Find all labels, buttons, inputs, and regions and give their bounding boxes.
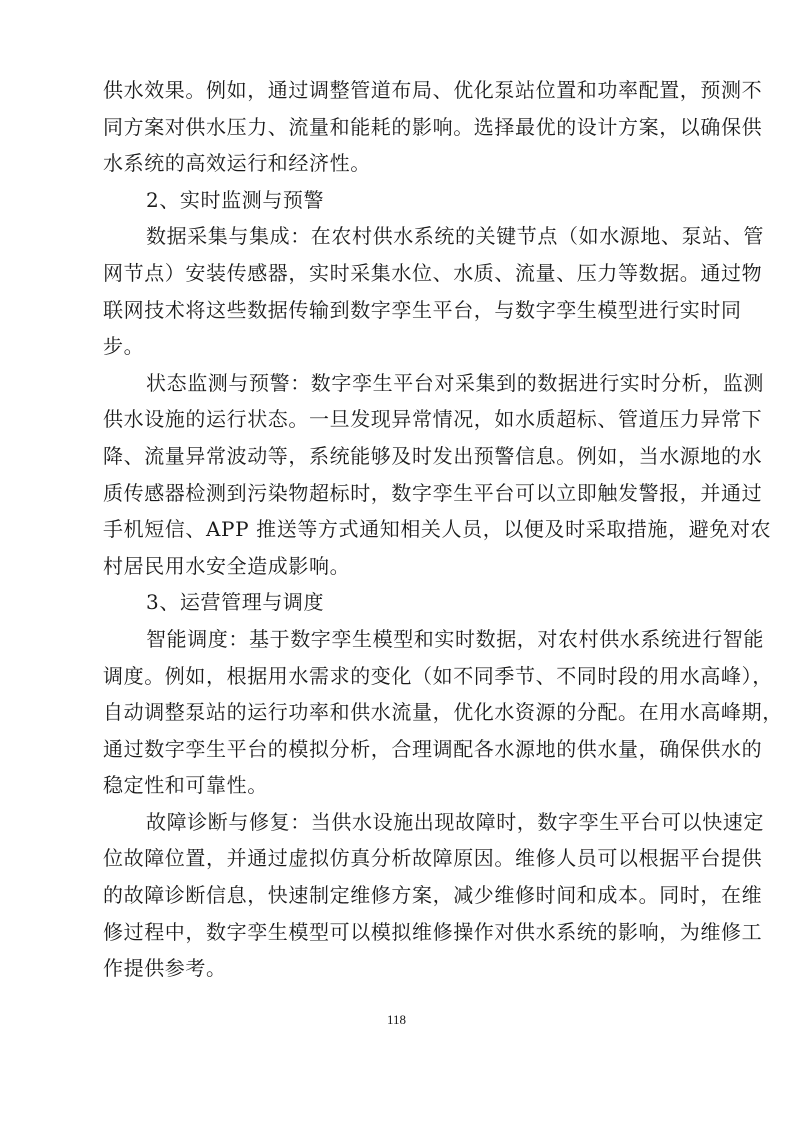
body-line: 稳定性和可靠性。 [103,767,693,804]
body-line: 作提供参考。 [103,950,693,987]
body-line: 供水效果。例如，通过调整管道布局、优化泵站位置和功率配置，预测不 [103,72,693,109]
body-line: 联网技术将这些数据传输到数字孪生平台，与数字孪生模型进行实时同 [103,292,693,329]
body-line: 故障诊断与修复：当供水设施出现故障时，数字孪生平台可以快速定 [103,804,693,841]
body-line: 自动调整泵站的运行功率和供水流量，优化水资源的分配。在用水高峰期， [103,694,693,731]
section-heading-realtime-monitoring: 2、实时监测与预警 [103,182,693,219]
body-line: 村居民用水安全造成影响。 [103,548,693,585]
body-line: 质传感器检测到污染物超标时，数字孪生平台可以立即触发警报，并通过 [103,475,693,512]
body-line: 调度。例如，根据用水需求的变化（如不同季节、不同时段的用水高峰）， [103,658,693,695]
body-line: 智能调度：基于数字孪生模型和实时数据，对农村供水系统进行智能 [103,621,693,658]
body-line: 供水设施的运行状态。一旦发现异常情况，如水质超标、管道压力异常下 [103,401,693,438]
page-number: 118 [0,1012,793,1028]
body-line: 降、流量异常波动等，系统能够及时发出预警信息。例如，当水源地的水 [103,438,693,475]
body-line: 的故障诊断信息，快速制定维修方案，减少维修时间和成本。同时，在维 [103,877,693,914]
body-line: 手机短信、APP 推送等方式通知相关人员，以便及时采取措施，避免对农 [103,511,693,548]
body-line: 水系统的高效运行和经济性。 [103,145,693,182]
document-body: 供水效果。例如，通过调整管道布局、优化泵站位置和功率配置，预测不 同方案对供水压… [103,72,693,987]
body-line: 修过程中，数字孪生模型可以模拟维修操作对供水系统的影响，为维修工 [103,914,693,951]
body-line: 步。 [103,328,693,365]
body-line: 状态监测与预警：数字孪生平台对采集到的数据进行实时分析，监测 [103,365,693,402]
body-line: 网节点）安装传感器，实时采集水位、水质、流量、压力等数据。通过物 [103,255,693,292]
body-line: 位故障位置，并通过虚拟仿真分析故障原因。维修人员可以根据平台提供 [103,840,693,877]
body-line: 通过数字孪生平台的模拟分析，合理调配各水源地的供水量，确保供水的 [103,731,693,768]
body-line: 同方案对供水压力、流量和能耗的影响。选择最优的设计方案，以确保供 [103,109,693,146]
body-line: 数据采集与集成：在农村供水系统的关键节点（如水源地、泵站、管 [103,218,693,255]
section-heading-operations-dispatch: 3、运营管理与调度 [103,584,693,621]
